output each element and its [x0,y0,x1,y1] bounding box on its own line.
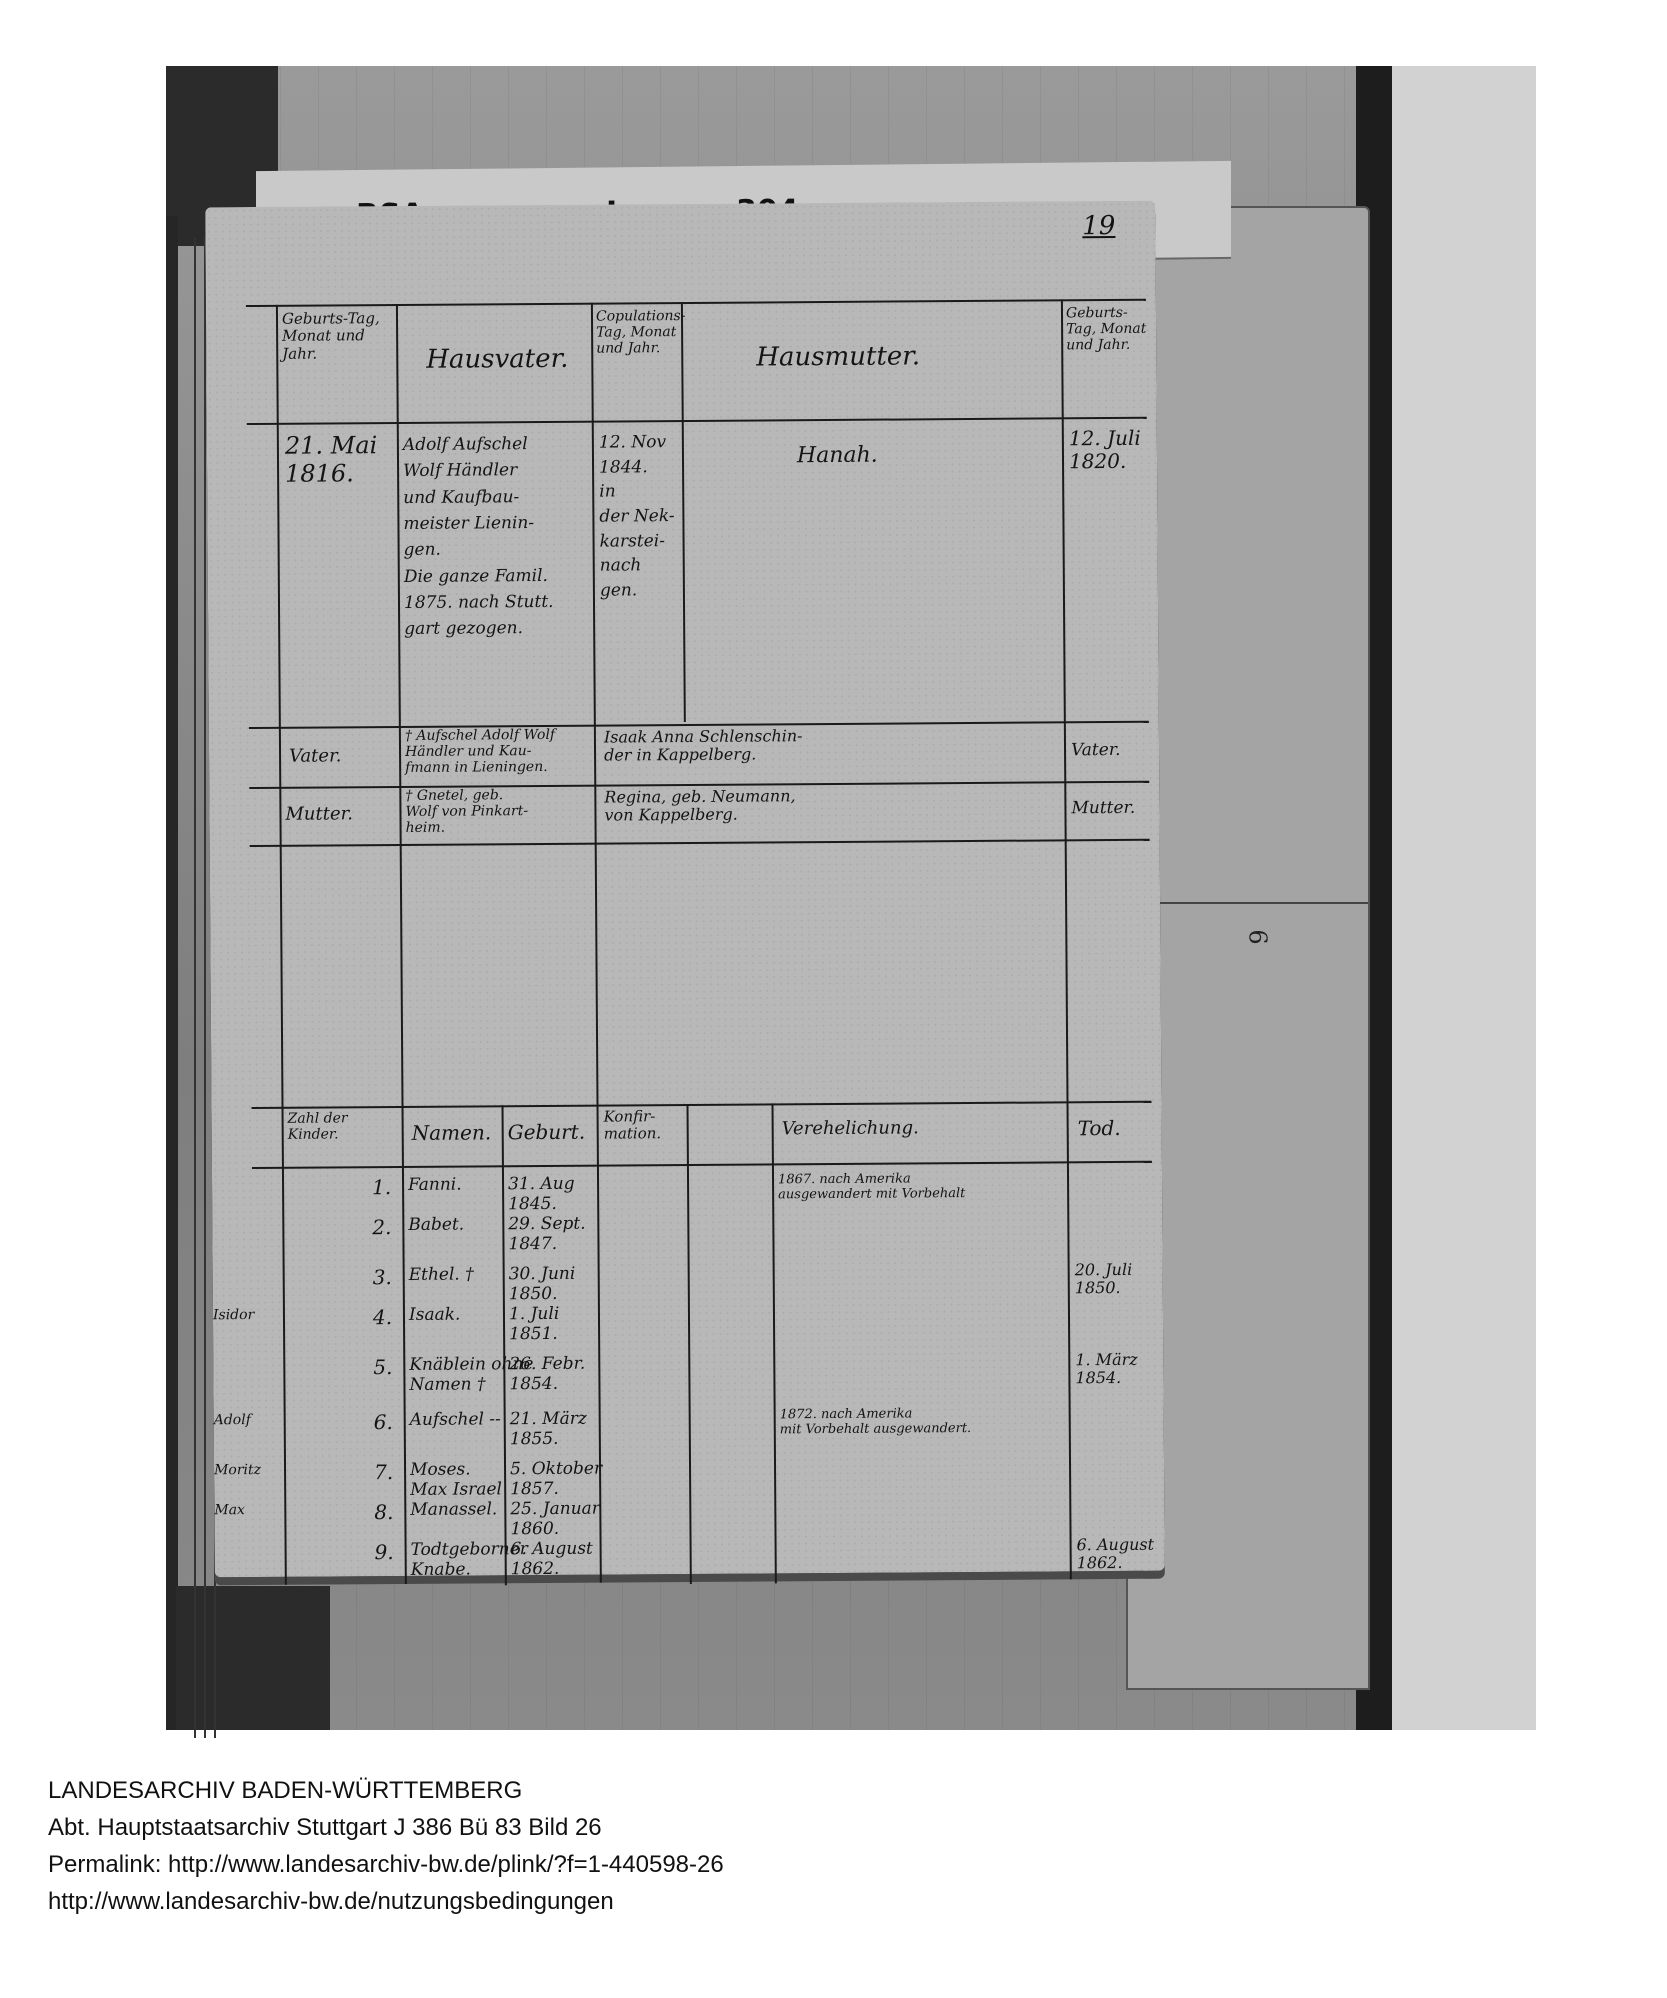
child-name: Babet. [408,1216,464,1236]
child-name: Aufschel -- [410,1410,501,1430]
child-birth: 21. März 1855. [510,1410,587,1450]
dark-edge-left [166,216,178,1730]
caption-terms-link[interactable]: http://www.landesarchiv-bw.de/nutzungsbe… [48,1883,724,1920]
header-confirmation: Konfir-mation. [604,1108,686,1143]
marriage-date: 12. Nov 1844. in der Nek- karstei- nach … [599,430,675,603]
child-marriage: 1872. nach Amerika mit Vorbehalt ausgewa… [780,1407,972,1438]
father-label: Vater. [289,746,341,767]
child-name: Moses. Max Israel [410,1460,502,1500]
header-child-number: Zahl der Kinder. [288,1110,398,1143]
header-child-name: Namen. [412,1121,492,1145]
right-father-label: Vater. [1071,741,1121,761]
right-mother-label: Mutter. [1071,799,1135,819]
archive-caption: LANDESARCHIV BADEN-WÜRTTEMBERG Abt. Haup… [48,1772,724,1920]
child-number: 8. [374,1501,393,1524]
child-birth: 26. Febr. 1854. [509,1355,585,1395]
header-wife: Hausmutter. [756,342,920,373]
child-margin: Max [214,1502,245,1518]
child-birth: 5. Oktober 1857. [510,1460,602,1500]
husband-birth-date: 21. Mai 1816. [285,432,378,488]
child-number: 4. [373,1306,392,1329]
header-husband-birth: Geburts-Tag, Monat und Jahr. [282,310,394,363]
child-birth: 25. Januar 1860. [510,1500,600,1540]
husband-mother: † Gnetel, geb. Wolf von Pinkart- heim. [405,787,528,836]
wife-father: Isaak Anna Schlenschin- der in Kappelber… [604,727,803,765]
header-wife-birth: Geburts-Tag, Monat und Jahr. [1066,305,1150,354]
child-number: 7. [374,1461,393,1484]
child-birth: 1. Juli 1851. [509,1305,560,1344]
caption-reference: Abt. Hauptstaatsarchiv Stuttgart J 386 B… [48,1809,724,1846]
child-name: Manassel. [410,1500,497,1520]
child-death: 1. März 1854. [1075,1351,1138,1388]
child-number: 6. [374,1411,393,1434]
wife-birth-date: 12. Juli 1820. [1069,427,1141,474]
child-number: 3. [373,1266,392,1289]
header-husband: Hausvater. [426,345,568,376]
child-death: 6. August 1862. [1077,1536,1155,1573]
child-marriage: 1867. nach Amerika ausgewandert mit Vorb… [778,1172,965,1203]
header-death: Tod. [1078,1117,1121,1140]
child-number: 2. [372,1216,391,1239]
child-margin: Adolf [214,1412,251,1428]
child-name: Fanni. [408,1176,462,1196]
child-birth: 30. Juni 1850. [509,1265,576,1305]
back-page-divider [1128,902,1368,904]
child-birth: 6. August 1862. [511,1540,594,1580]
caption-archive-name: LANDESARCHIV BADEN-WÜRTTEMBERG [48,1772,724,1809]
wife-entry: Hanah. [797,443,878,469]
header-child-birth: Geburt. [508,1121,586,1145]
child-margin: Isidor [213,1307,254,1323]
child-birth: 29. Sept. 1847. [508,1215,586,1255]
child-number: 1. [372,1176,391,1199]
back-page-mark: 6 [1244,929,1272,944]
adjacent-blank-page [1392,66,1536,1730]
child-birth: 31. Aug 1845. [508,1175,575,1215]
register-page: 19 Geburts-Tag, Monat und Jahr. Hausvate… [205,201,1165,1578]
child-name: Ethel. † [409,1265,474,1285]
microfilm-frame: 6 RSA J 304 19 Geburts-Tag, Monat und Ja… [166,66,1536,1730]
wife-mother: Regina, geb. Neumann, von Kappelberg. [604,787,795,825]
header-child-marriage: Verehelichung. [782,1118,919,1140]
child-margin: Moritz [214,1462,261,1478]
header-marriage: Copulations-Tag, Monat und Jahr. [596,308,680,357]
mother-label: Mutter. [285,804,353,825]
child-number: 9. [375,1541,394,1564]
folio-number: 19 [1082,211,1115,241]
caption-permalink[interactable]: Permalink: http://www.landesarchiv-bw.de… [48,1846,724,1883]
child-death: 20. Juli 1850. [1075,1261,1133,1298]
child-number: 5. [373,1356,392,1379]
husband-father: † Aufschel Adolf Wolf Händler und Kau- f… [405,727,555,776]
child-name: Isaak. [409,1306,461,1326]
husband-entry: Adolf Aufschel Wolf Händler und Kaufbau-… [403,431,554,643]
